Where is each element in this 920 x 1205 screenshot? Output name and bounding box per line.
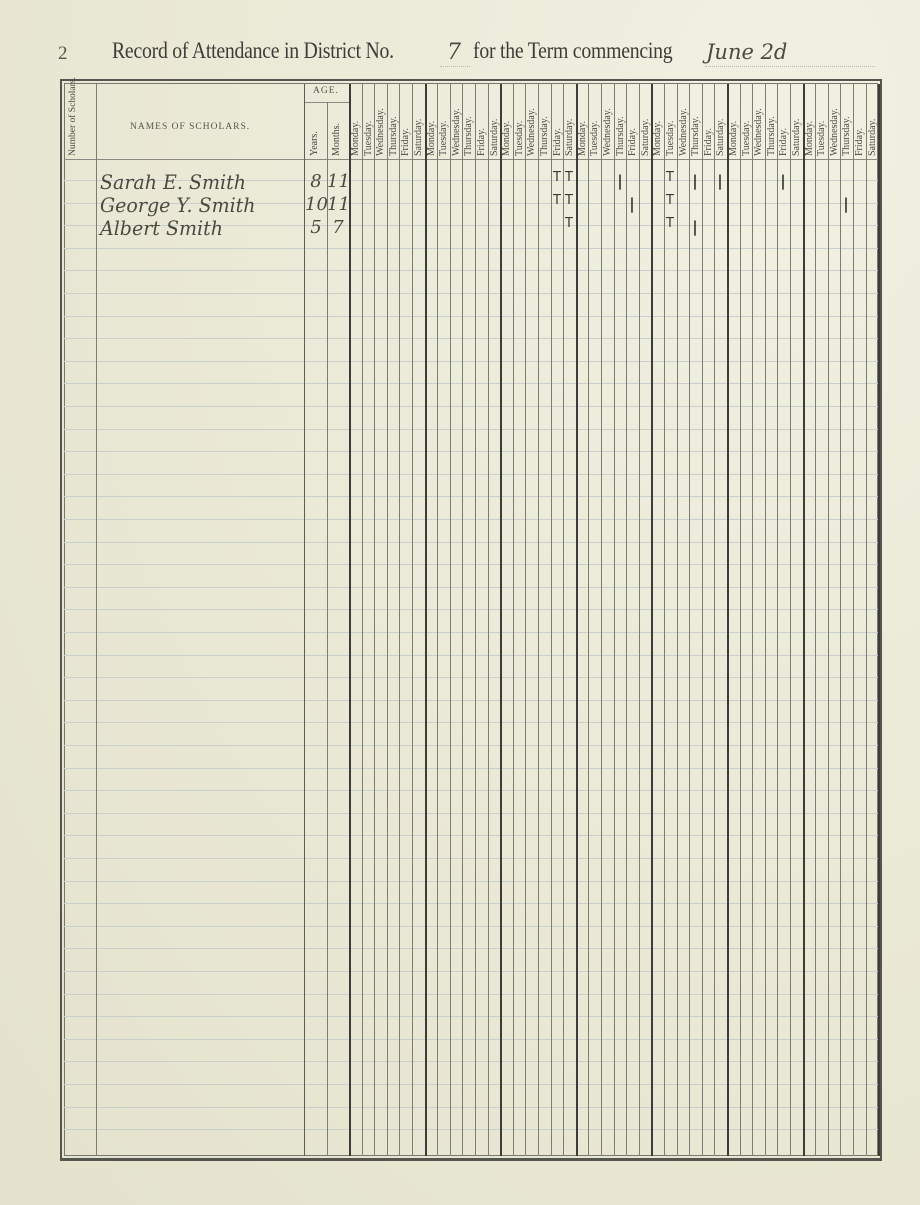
title-middle-text: for the Term commencing — [473, 38, 672, 63]
header-week-5-wednesday: Wednesday. — [678, 88, 689, 156]
header-week-4-wednesday: Wednesday. — [602, 88, 613, 156]
header-week-4-tuesday: Tuesday. — [589, 88, 600, 156]
day-column-divider — [714, 84, 715, 1156]
ruled-line — [64, 768, 878, 769]
ruled-line — [64, 700, 878, 701]
header-week-6-monday: Monday. — [728, 88, 739, 156]
day-column-divider — [437, 84, 438, 1156]
header-week-3-wednesday: Wednesday. — [526, 88, 537, 156]
day-column-divider — [677, 84, 678, 1156]
attendance-mark: T — [563, 170, 575, 185]
day-column-divider — [828, 84, 829, 1156]
ledger-right-divider — [878, 84, 880, 1156]
ruled-line — [64, 406, 878, 407]
ruled-line — [64, 248, 878, 249]
ruled-line — [64, 519, 878, 520]
ruled-line — [64, 813, 878, 814]
header-week-7-friday: Friday. — [854, 88, 865, 156]
attendance-mark: T — [551, 170, 563, 185]
header-week-6-tuesday: Tuesday. — [741, 88, 752, 156]
attendance-mark: T — [563, 193, 575, 208]
day-column-divider — [702, 84, 703, 1156]
header-week-3-saturday: Saturday. — [564, 88, 575, 156]
ruled-line — [64, 609, 878, 610]
header-week-3-tuesday: Tuesday. — [514, 88, 525, 156]
ruled-line — [64, 270, 878, 271]
ruled-line — [64, 926, 878, 927]
scholar-age-months: 11 — [327, 194, 349, 215]
header-week-4-saturday: Saturday. — [640, 88, 651, 156]
attendance-mark: | — [840, 195, 852, 213]
header-week-5-thursday: Thursday. — [690, 88, 701, 156]
attendance-mark: | — [689, 218, 701, 236]
scholar-age-years: 5 — [305, 217, 327, 238]
day-column-divider — [689, 84, 690, 1156]
ledger-inner-frame — [64, 83, 878, 1156]
attendance-mark: | — [614, 172, 626, 190]
ruled-line — [64, 790, 878, 791]
dotted-fill-district — [440, 66, 470, 67]
attendance-mark: | — [777, 172, 789, 190]
header-week-1-friday: Friday. — [400, 88, 411, 156]
header-week-4-monday: Monday. — [577, 88, 588, 156]
day-column-divider — [740, 84, 741, 1156]
ruled-line — [64, 474, 878, 475]
ruled-line — [64, 316, 878, 317]
term-start-date: June 2d — [706, 40, 787, 64]
day-column-divider — [412, 84, 413, 1156]
attendance-mark: | — [689, 172, 701, 190]
attendance-mark: T — [664, 216, 676, 231]
ruled-line — [64, 1129, 878, 1130]
attendance-mark: | — [714, 172, 726, 190]
header-week-1-wednesday: Wednesday. — [375, 88, 386, 156]
page-number: 2 — [58, 43, 68, 65]
day-column-divider — [639, 84, 640, 1156]
day-column-divider — [551, 84, 552, 1156]
ruled-line — [64, 881, 878, 882]
ruled-line — [64, 745, 878, 746]
day-column-divider — [399, 84, 400, 1156]
day-column-divider — [462, 84, 463, 1156]
attendance-mark: T — [664, 170, 676, 185]
ruled-line — [64, 587, 878, 588]
day-column-divider — [601, 84, 602, 1156]
ruled-line — [64, 338, 878, 339]
day-column-divider — [387, 84, 388, 1156]
header-week-2-friday: Friday. — [476, 88, 487, 156]
ruled-line — [64, 835, 878, 836]
header-week-7-wednesday: Wednesday. — [829, 88, 840, 156]
header-week-2-thursday: Thursday. — [463, 88, 474, 156]
header-week-6-saturday: Saturday. — [791, 88, 802, 156]
scholar-name: George Y. Smith — [100, 193, 256, 217]
ruled-line — [64, 451, 878, 452]
day-column-divider — [664, 84, 665, 1156]
header-week-3-friday: Friday. — [552, 88, 563, 156]
header-week-6-wednesday: Wednesday. — [753, 88, 764, 156]
header-week-4-friday: Friday. — [627, 88, 638, 156]
day-column-divider — [450, 84, 451, 1156]
header-years: Years. — [309, 118, 321, 156]
ruled-line — [64, 293, 878, 294]
ruled-line — [64, 429, 878, 430]
header-bottom-line — [64, 159, 878, 160]
page-title: Record of Attendance in District No. — [112, 38, 394, 64]
header-week-2-tuesday: Tuesday. — [438, 88, 449, 156]
number-column-divider — [96, 84, 97, 1156]
header-names: NAMES OF SCHOLARS. — [130, 122, 250, 132]
header-week-2-monday: Monday. — [426, 88, 437, 156]
week-2-divider — [425, 84, 427, 1156]
day-column-divider — [853, 84, 854, 1156]
week-7-divider — [803, 84, 805, 1156]
ruled-line — [64, 903, 878, 904]
day-column-divider — [765, 84, 766, 1156]
header-months: Months. — [331, 106, 343, 156]
attendance-mark: | — [626, 195, 638, 213]
ruled-line — [64, 1039, 878, 1040]
header-week-2-saturday: Saturday. — [489, 88, 500, 156]
day-column-divider — [752, 84, 753, 1156]
day-column-divider — [588, 84, 589, 1156]
scholar-age-years: 10 — [305, 194, 327, 215]
week-6-divider — [727, 84, 729, 1156]
header-week-5-friday: Friday. — [703, 88, 714, 156]
header-age: AGE. — [313, 86, 339, 96]
ruled-line — [64, 971, 878, 972]
header-week-7-monday: Monday. — [804, 88, 815, 156]
header-week-4-thursday: Thursday. — [615, 88, 626, 156]
attendance-mark: T — [551, 193, 563, 208]
header-week-3-monday: Monday. — [501, 88, 512, 156]
ruled-line — [64, 542, 878, 543]
scholar-age-months: 7 — [327, 217, 349, 238]
attendance-mark: T — [563, 216, 575, 231]
day-column-divider — [525, 84, 526, 1156]
day-column-divider — [538, 84, 539, 1156]
header-week-1-tuesday: Tuesday. — [363, 88, 374, 156]
header-week-7-tuesday: Tuesday. — [816, 88, 827, 156]
dotted-fill-term — [705, 66, 875, 67]
title-prefix: Record of Attendance in District No. — [112, 38, 394, 63]
day-column-divider — [777, 84, 778, 1156]
week-5-divider — [651, 84, 653, 1156]
header-week-1-thursday: Thursday. — [388, 88, 399, 156]
years-months-divider — [327, 102, 328, 1156]
ruled-line — [64, 1107, 878, 1108]
ruled-line — [64, 361, 878, 362]
scholar-name: Sarah E. Smith — [100, 170, 246, 194]
header-week-7-thursday: Thursday. — [841, 88, 852, 156]
header-week-1-saturday: Saturday. — [413, 88, 424, 156]
ruled-line — [64, 858, 878, 859]
ruled-line — [64, 1016, 878, 1017]
day-column-divider — [374, 84, 375, 1156]
header-week-7-saturday: Saturday. — [867, 88, 878, 156]
scholar-age-years: 8 — [305, 171, 327, 192]
day-column-divider — [815, 84, 816, 1156]
week-4-divider — [576, 84, 578, 1156]
attendance-mark: T — [664, 193, 676, 208]
day-column-divider — [840, 84, 841, 1156]
header-week-3-thursday: Thursday. — [539, 88, 550, 156]
ruled-line — [64, 496, 878, 497]
week-1-divider — [349, 84, 351, 1156]
day-column-divider — [614, 84, 615, 1156]
ruled-line — [64, 994, 878, 995]
week-3-divider — [500, 84, 502, 1156]
ruled-line — [64, 677, 878, 678]
names-column-divider — [304, 84, 305, 1156]
header-week-6-thursday: Thursday. — [766, 88, 777, 156]
ruled-line — [64, 1061, 878, 1062]
scholar-age-months: 11 — [327, 171, 349, 192]
header-week-5-tuesday: Tuesday. — [665, 88, 676, 156]
header-week-5-saturday: Saturday. — [715, 88, 726, 156]
ruled-line — [64, 564, 878, 565]
title-middle: for the Term commencing — [473, 38, 672, 64]
day-column-divider — [488, 84, 489, 1156]
header-week-2-wednesday: Wednesday. — [451, 88, 462, 156]
ruled-line — [64, 632, 878, 633]
day-column-divider — [475, 84, 476, 1156]
scholar-name: Albert Smith — [100, 216, 223, 240]
day-column-divider — [866, 84, 867, 1156]
ruled-line — [64, 948, 878, 949]
ruled-line — [64, 655, 878, 656]
ruled-line — [64, 383, 878, 384]
ruled-line — [64, 722, 878, 723]
day-column-divider — [626, 84, 627, 1156]
day-column-divider — [362, 84, 363, 1156]
day-column-divider — [563, 84, 564, 1156]
header-week-5-monday: Monday. — [652, 88, 663, 156]
header-week-6-friday: Friday. — [778, 88, 789, 156]
ruled-line — [64, 1084, 878, 1085]
day-column-divider — [513, 84, 514, 1156]
day-column-divider — [790, 84, 791, 1156]
header-number-of-scholars: Number of Scholars. — [67, 92, 79, 156]
district-number: 7 — [447, 40, 461, 65]
header-week-1-monday: Monday. — [350, 88, 361, 156]
